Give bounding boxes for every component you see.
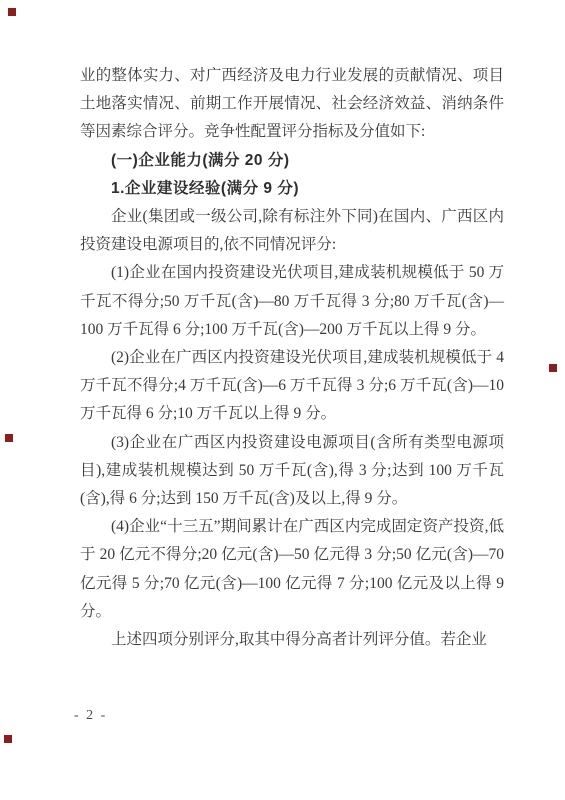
scan-artifact-mark bbox=[4, 735, 12, 743]
paragraph-intro-continued: 业的整体实力、对广西经济及电力行业发展的贡献情况、项目土地落实情况、前期工作开展… bbox=[80, 62, 504, 147]
paragraph-item-1-national-pv: (1)企业在国内投资建设光伏项目,建成装机规模低于 50 万千瓦不得分;50 万… bbox=[80, 259, 504, 344]
paragraph-item-2-guangxi-pv: (2)企业在广西区内投资建设光伏项目,建成装机规模低于 4 万千瓦不得分;4 万… bbox=[80, 344, 504, 429]
section-heading-enterprise-capability: (一)企业能力(满分 20 分) bbox=[80, 147, 504, 175]
paragraph-item-4-fixed-assets: (4)企业“十三五”期间累计在广西区内完成固定资产投资,低于 20 亿元不得分;… bbox=[80, 513, 504, 626]
page-number: - 2 - bbox=[74, 708, 107, 724]
scan-artifact-mark bbox=[5, 434, 13, 442]
subsection-heading-construction-experience: 1.企业建设经验(满分 9 分) bbox=[80, 175, 504, 203]
document-page: 业的整体实力、对广西经济及电力行业发展的贡献情况、项目土地落实情况、前期工作开展… bbox=[0, 0, 565, 800]
paragraph-scoring-scope: 企业(集团或一级公司,除有标注外下同)在国内、广西区内投资建设电源项目的,依不同… bbox=[80, 203, 504, 259]
scan-artifact-mark bbox=[8, 8, 16, 16]
scan-artifact-mark bbox=[549, 364, 557, 372]
document-body: 业的整体实力、对广西经济及电力行业发展的贡献情况、项目土地落实情况、前期工作开展… bbox=[80, 62, 504, 654]
paragraph-item-3-guangxi-power: (3)企业在广西区内投资建设电源项目(含所有类型电源项目),建成装机规模达到 5… bbox=[80, 429, 504, 514]
paragraph-summary: 上述四项分别评分,取其中得分高者计列评分值。若企业 bbox=[80, 626, 504, 654]
